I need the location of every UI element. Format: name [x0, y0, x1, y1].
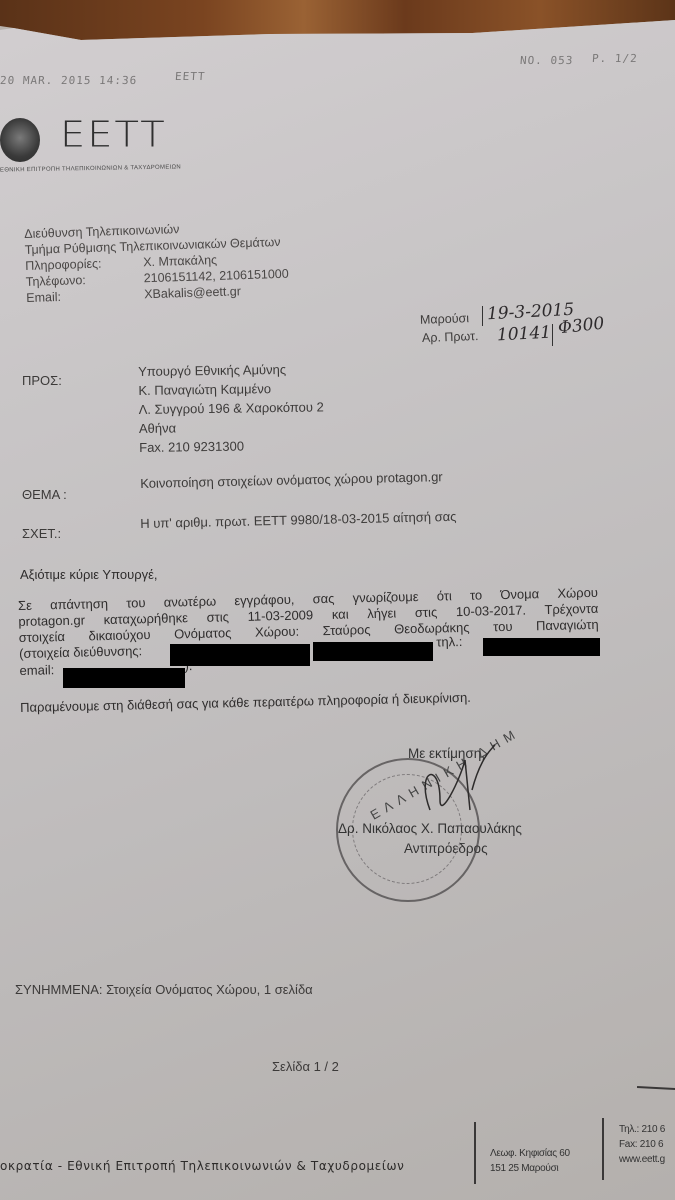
recipient-line: Αθήνα	[139, 416, 324, 438]
footer-contact: Τηλ.: 210 6 Fax: 210 6 www.eett.g	[619, 1122, 665, 1167]
recipient-block: Υπουργό Εθνικής Αμύνης Κ. Παναγιώτη Καμμ…	[138, 359, 324, 457]
reference-label: ΣΧΕΤ.:	[22, 524, 61, 543]
attachments-line: ΣΥΝΗΜΜΕΝΑ: Στοιχεία Ονόματος Χώρου, 1 σε…	[15, 980, 313, 999]
date-place-label: Μαρούσι	[420, 311, 469, 327]
divider	[482, 306, 483, 326]
protocol-label: Αρ. Πρωτ.	[422, 329, 479, 345]
signatory-name: Δρ. Νικόλαος Χ. Παπαουλάκης	[338, 821, 522, 836]
divider	[552, 324, 553, 346]
signatory-title: Αντιπρόεδρος	[404, 841, 488, 856]
footer-divider	[602, 1118, 604, 1180]
redacted-address	[170, 644, 310, 666]
subject-label: ΘΕΜΑ :	[22, 485, 67, 504]
recipient-line: Fax. 210 9231300	[139, 435, 324, 457]
eett-tree-logo-icon	[0, 118, 40, 162]
sender-info: Διεύθυνση Τηλεπικοινωνιών Τμήμα Ρύθμισης…	[24, 218, 289, 306]
fax-page: P. 1/2	[592, 52, 639, 65]
logo-name: EETT	[60, 114, 167, 155]
recipient-line: Υπουργό Εθνικής Αμύνης	[138, 359, 323, 381]
footer-org: οκρατία - Εθνική Επιτροπή Τηλεπικοινωνιώ…	[0, 1159, 404, 1173]
footer-divider	[474, 1122, 476, 1184]
handwritten-protocol-number: 10141	[497, 323, 552, 346]
recipient-line: Κ. Παναγιώτη Καμμένο	[138, 378, 323, 400]
footer-address: Λεωφ. Κηφισίας 60 151 25 Μαρούσι	[490, 1146, 570, 1176]
redacted-address-2	[313, 642, 433, 661]
redacted-email	[63, 668, 185, 688]
fax-number: NO. 053	[520, 54, 574, 67]
fax-sender: EETT	[175, 70, 206, 83]
phone-label: , τηλ.:	[429, 634, 463, 650]
fax-timestamp: 20 MAR. 2015 14:36	[0, 74, 138, 87]
recipient-label: ΠΡΟΣ:	[22, 371, 62, 390]
email-label: email:	[19, 662, 54, 678]
handwritten-signature	[410, 740, 500, 830]
recipient-line: Λ. Συγγρού 196 & Χαροκόπου 2	[139, 397, 324, 419]
address-label: (στοιχεία διεύθυνσης:	[19, 643, 142, 661]
redacted-phone	[483, 638, 600, 656]
page-number: Σελίδα 1 / 2	[272, 1057, 339, 1076]
